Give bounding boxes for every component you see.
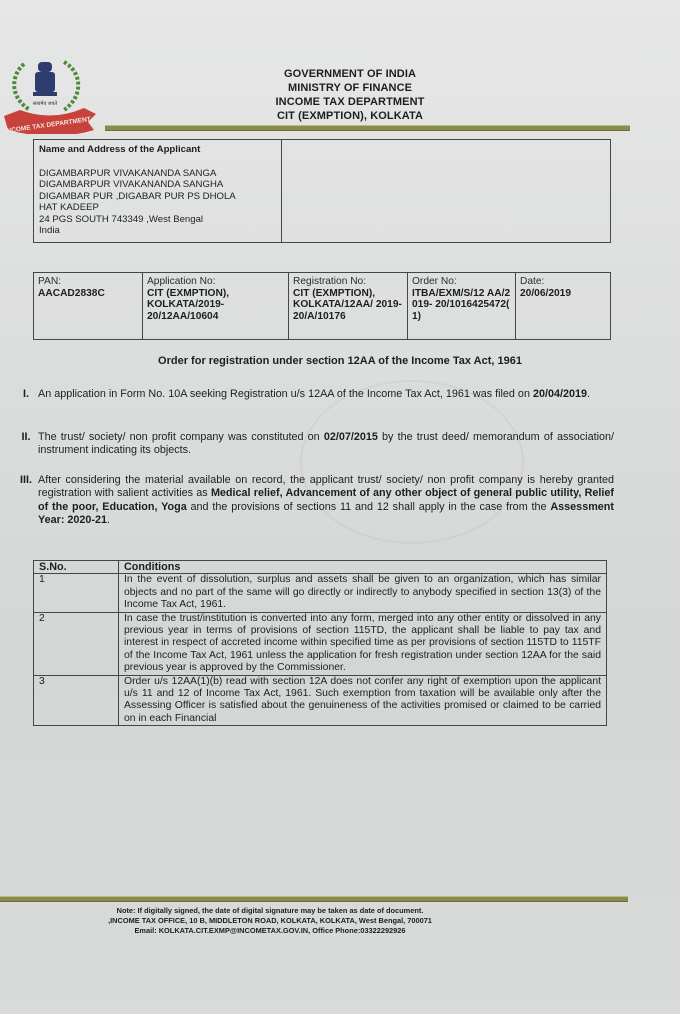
footer-divider (0, 896, 628, 902)
order-no-value: ITBA/EXM/S/12 AA/2019- 20/1016425472( 1) (412, 288, 511, 323)
applicant-line: DIGAMBARPUR VIVAKANANDA SANGHA (39, 179, 276, 191)
paragraph-application: I. An application in Form No. 10A seekin… (14, 388, 614, 401)
header-line-office: CIT (EXMPTION), KOLKATA (180, 109, 520, 123)
date-cell: Date: 20/06/2019 (516, 273, 610, 339)
income-tax-department-logo: सत्यमेव जयते INCOME TAX DEPARTMENT (4, 50, 100, 134)
applicant-blank-cell (282, 140, 610, 242)
registration-no-label: Registration No: (293, 276, 403, 288)
footer-address: ,INCOME TAX OFFICE, 10 B, MIDDLETON ROAD… (60, 916, 480, 926)
footer-note: Note: If digitally signed, the date of d… (60, 906, 480, 916)
order-no-cell: Order No: ITBA/EXM/S/12 AA/2019- 20/1016… (408, 273, 516, 339)
application-no-cell: Application No: CIT (EXMPTION), KOLKATA/… (143, 273, 289, 339)
sno-header: S.No. (34, 561, 119, 574)
paragraph-text: After considering the material available… (38, 474, 614, 527)
text-run: . (587, 388, 590, 400)
condition-sno: 1 (34, 574, 119, 612)
conditions-header-row: S.No. Conditions (34, 561, 607, 574)
application-no-label: Application No: (147, 276, 284, 288)
condition-text: In the event of dissolution, surplus and… (119, 574, 607, 612)
applicant-line: HAT KADEEP (39, 202, 276, 214)
paragraph-text: The trust/ society/ non profit company w… (38, 431, 614, 458)
applicant-line: DIGAMBARPUR VIVAKANANDA SANGA (39, 168, 276, 180)
header-line-ministry: MINISTRY OF FINANCE (180, 81, 520, 95)
registration-no-cell: Registration No: CIT (EXMPTION), KOLKATA… (289, 273, 408, 339)
conditions-table: S.No. Conditions 1 In the event of disso… (33, 560, 607, 726)
emblem-icon: सत्यमेव जयते INCOME TAX DEPARTMENT (4, 50, 100, 134)
paragraph-number: III. (14, 474, 38, 527)
order-title: Order for registration under section 12A… (40, 355, 640, 367)
table-row: 3 Order u/s 12AA(1)(b) read with section… (34, 675, 607, 725)
condition-sno: 2 (34, 612, 119, 675)
emphasized-text: 02/07/2015 (324, 431, 378, 443)
emphasized-text: 20/04/2019 (533, 388, 587, 400)
pan-value: AACAD2838C (38, 288, 138, 300)
condition-text: In case the trust/institution is convert… (119, 612, 607, 675)
order-no-label: Order No: (412, 276, 511, 288)
text-run: and the provisions of sections 11 and 12… (187, 501, 551, 513)
applicant-box: Name and Address of the Applicant DIGAMB… (33, 139, 611, 243)
applicant-label: Name and Address of the Applicant (39, 144, 276, 156)
registration-no-value: CIT (EXMPTION), KOLKATA/12AA/ 2019-20/A/… (293, 288, 403, 323)
date-label: Date: (520, 276, 606, 288)
condition-text: Order u/s 12AA(1)(b) read with section 1… (119, 675, 607, 725)
applicant-details: Name and Address of the Applicant DIGAMB… (34, 140, 282, 242)
paragraph-number: I. (14, 388, 38, 401)
department-header: GOVERNMENT OF INDIA MINISTRY OF FINANCE … (180, 67, 520, 123)
paragraph-number: II. (14, 431, 38, 458)
text-run: An application in Form No. 10A seeking R… (38, 388, 533, 400)
application-no-value: CIT (EXMPTION), KOLKATA/2019-20/12AA/106… (147, 288, 284, 323)
paragraph-text: An application in Form No. 10A seeking R… (38, 388, 614, 401)
applicant-line: 24 PGS SOUTH 743349 ,West Bengal (39, 214, 276, 226)
paragraph-registration-granted: III. After considering the material avai… (14, 474, 614, 527)
paragraph-constitution: II. The trust/ society/ non profit compa… (14, 431, 614, 458)
svg-text:सत्यमेव जयते: सत्यमेव जयते (33, 100, 58, 107)
footer: Note: If digitally signed, the date of d… (60, 906, 480, 936)
pan-cell: PAN: AACAD2838C (34, 273, 143, 339)
table-row: 1 In the event of dissolution, surplus a… (34, 574, 607, 612)
text-run: . (107, 514, 110, 526)
header-line-government: GOVERNMENT OF INDIA (180, 67, 520, 81)
date-value: 20/06/2019 (520, 288, 606, 300)
pan-label: PAN: (38, 276, 138, 288)
header-line-department: INCOME TAX DEPARTMENT (180, 95, 520, 109)
applicant-line: DIGAMBAR PUR ,DIGABAR PUR PS DHOLA (39, 191, 276, 203)
text-run: The trust/ society/ non profit company w… (38, 431, 324, 443)
table-row: 2 In case the trust/institution is conve… (34, 612, 607, 675)
applicant-line: India (39, 225, 276, 237)
footer-contact: Email: KOLKATA.CIT.EXMP@INCOMETAX.GOV.IN… (60, 926, 480, 936)
registration-info-table: PAN: AACAD2838C Application No: CIT (EXM… (33, 272, 611, 340)
conditions-header: Conditions (119, 561, 607, 574)
condition-sno: 3 (34, 675, 119, 725)
header-divider (105, 125, 630, 131)
condition-text-truncated: Order u/s 12AA(1)(b) read with section 1… (124, 676, 601, 725)
